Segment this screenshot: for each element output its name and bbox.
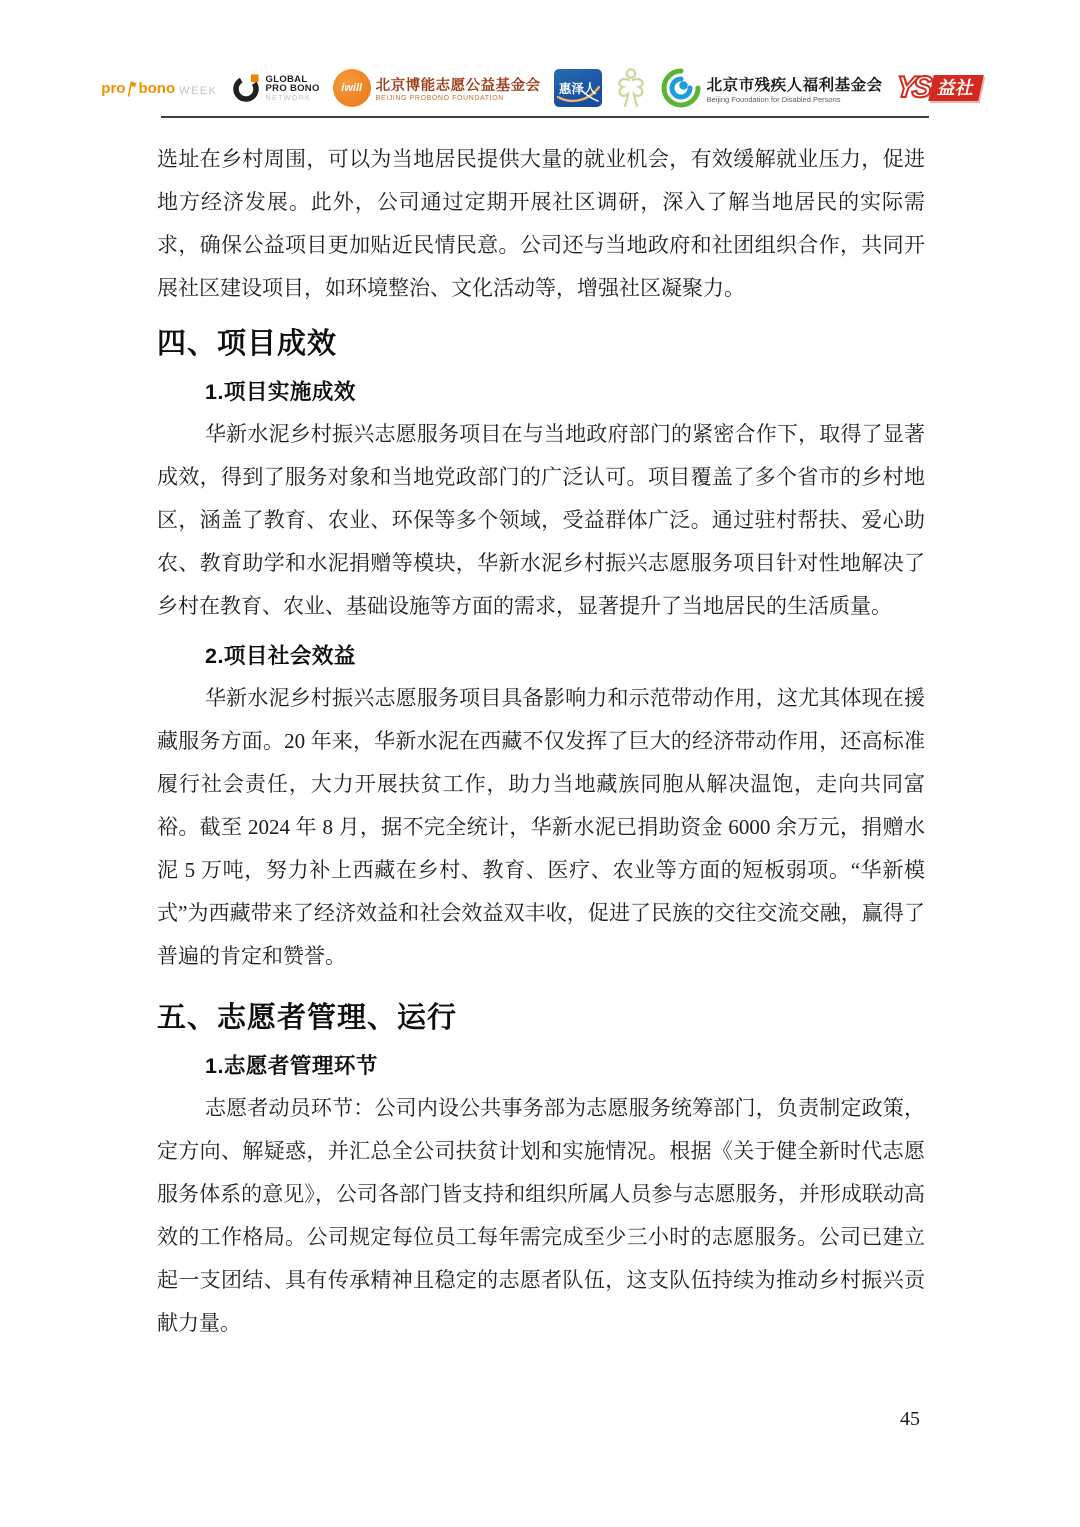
yishe-cn-label: 益社 bbox=[928, 75, 984, 101]
probono-foundation-en-label: BEIJING PROBONO FOUNDATION bbox=[376, 95, 541, 102]
bfdp-en-label: Beijing Foundation for Disabled Persons bbox=[707, 95, 883, 104]
pro-bono-week-pro-label: pro bbox=[101, 80, 125, 97]
logo-pro-bono-week: pro bono WEEK bbox=[101, 80, 217, 97]
section-5-heading: 五、志愿者管理、运行 bbox=[157, 998, 925, 1038]
yishe-ys-letters: YS bbox=[894, 73, 929, 103]
logo-yishe: YS 益社 bbox=[896, 73, 981, 103]
logo-beijing-probono-foundation: iwill 北京博能志愿公益基金会 BEIJING PROBONO FOUNDA… bbox=[333, 69, 541, 107]
probono-foundation-wordmark: 北京博能志愿公益基金会 BEIJING PROBONO FOUNDATION bbox=[376, 74, 541, 102]
section-4-sub-2-heading: 2.项目社会效益 bbox=[205, 641, 925, 671]
gpbn-line3: NETWORK bbox=[266, 93, 320, 102]
gpbn-wordmark: GLOBAL PRO BONO NETWORK bbox=[266, 75, 320, 102]
iwill-badge-icon: iwill bbox=[333, 69, 371, 107]
page-number: 45 bbox=[900, 1408, 920, 1431]
logo-global-pro-bono-network: GLOBAL PRO BONO NETWORK bbox=[231, 73, 320, 103]
flag-icon bbox=[126, 80, 137, 97]
section-5-sub-1-paragraph: 志愿者动员环节：公司内设公共事务部为志愿服务统筹部门，负责制定政策，定方向、解疑… bbox=[157, 1087, 925, 1345]
section-4-heading: 四、项目成效 bbox=[157, 324, 925, 364]
page-header: pro bono WEEK GLOBAL PRO BONO NETWORK bbox=[157, 0, 925, 120]
document-body: 选址在乡村周围，可以为当地居民提供大量的就业机会，有效缓解就业压力，促进地方经济… bbox=[157, 118, 925, 1345]
section-4-sub-2-paragraph: 华新水泥乡村振兴志愿服务项目具备影响力和示范带动作用，这尤其体现在援藏服务方面。… bbox=[157, 677, 925, 978]
bfdp-wordmark: 北京市残疾人福利基金会 Beijing Foundation for Disab… bbox=[707, 73, 883, 104]
bfdp-cn-label: 北京市残疾人福利基金会 bbox=[707, 73, 883, 95]
pro-bono-week-week-label: WEEK bbox=[179, 85, 217, 97]
logo-person-figure bbox=[615, 67, 647, 109]
paragraph-intro: 选址在乡村周围，可以为当地居民提供大量的就业机会，有效缓解就业压力，促进地方经济… bbox=[157, 138, 925, 310]
probono-foundation-cn-label: 北京博能志愿公益基金会 bbox=[376, 74, 541, 95]
bfdp-swirl-icon bbox=[660, 67, 702, 109]
partner-logos-row: pro bono WEEK GLOBAL PRO BONO NETWORK bbox=[157, 62, 925, 114]
document-page: pro bono WEEK GLOBAL PRO BONO NETWORK bbox=[0, 0, 1080, 1527]
gpbn-c-mark-icon bbox=[231, 73, 261, 103]
section-4-sub-1-heading: 1.项目实施成效 bbox=[205, 377, 925, 407]
section-5-sub-1-heading: 1.志愿者管理环节 bbox=[205, 1051, 925, 1081]
huizeren-badge-icon: 惠泽人 bbox=[554, 69, 602, 107]
logo-beijing-foundation-disabled-persons: 北京市残疾人福利基金会 Beijing Foundation for Disab… bbox=[660, 67, 883, 109]
gpbn-line2: PRO BONO bbox=[266, 84, 320, 93]
person-figure-icon bbox=[615, 67, 647, 109]
huizeren-cn-label: 惠泽人 bbox=[559, 79, 597, 97]
logo-huizeren: 惠泽人 bbox=[554, 69, 602, 107]
pro-bono-week-bono-label: bono bbox=[138, 80, 175, 97]
section-4-sub-1-paragraph: 华新水泥乡村振兴志愿服务项目在与当地政府部门的紧密合作下，取得了显著成效，得到了… bbox=[157, 413, 925, 628]
